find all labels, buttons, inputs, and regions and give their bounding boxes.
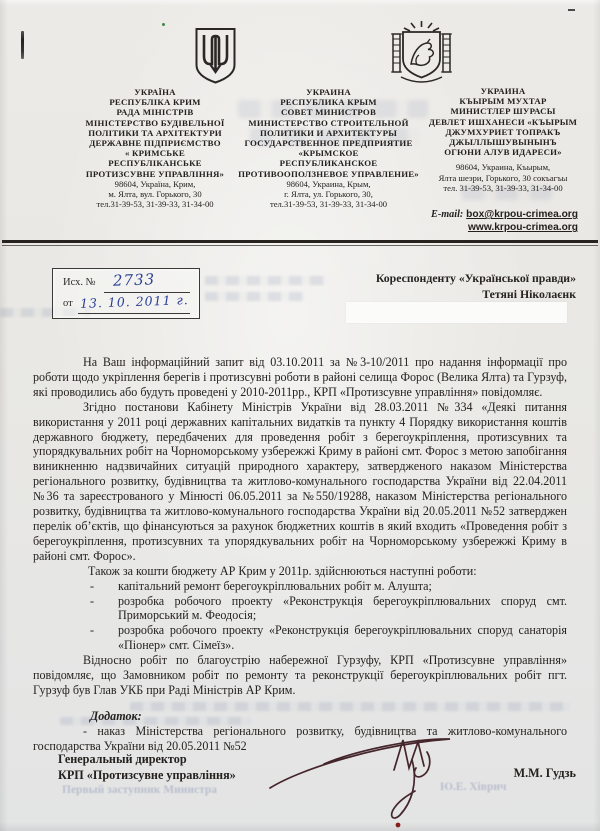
letterhead-line: РЕСПУБЛІКАНСЬКЕ	[55, 158, 255, 168]
signature-ink-dot	[396, 823, 401, 828]
ref-number-handwritten: 2733	[113, 270, 156, 289]
letterhead-line: УКРАЇНА	[55, 87, 255, 97]
letterhead-line: ПРОТИВООПОЛЗНЕВОЕ УПРАВЛЕНИЕ»	[230, 169, 427, 179]
addressee-line2: Тетяні Ніколаєнк	[300, 287, 576, 303]
bleedthrough-blob	[205, 292, 305, 301]
green-speck	[162, 23, 165, 26]
header-divider-thin	[2, 245, 598, 246]
letterhead-column-russian: УКРАИНАРЕСПУБЛИКА КРЫМСОВЕТ МИНИСТРОВМИН…	[230, 87, 427, 210]
letterhead-line: МИНИСТЕРСТВО СТРОИТЕЛЬНОЙ	[230, 118, 427, 128]
letterhead-line: «КРЫМСКОЕ	[230, 148, 427, 158]
ref-date-label: от	[63, 298, 73, 309]
attachment-label: Додаток:	[90, 709, 567, 724]
crimea-coat-of-arms-emblem	[390, 19, 453, 91]
letterhead-line: КЪЫРЫМ МУХТАР	[406, 96, 600, 106]
scan-dash-artifact	[568, 9, 575, 11]
signer-title-line2: КРП «Протизсувне управління»	[58, 767, 236, 783]
trident-icon	[193, 27, 238, 85]
org-address-crh: 98604, Украина, Къырым,Ялта шеэри, Горьк…	[406, 162, 600, 193]
paragraph-intro: На Ваш інформаційний запит від 03.10.201…	[33, 355, 567, 400]
griffin-shield-icon	[390, 19, 453, 86]
contact-email-block: E-mail: box@krpou-crimea.org www.krpou-c…	[330, 208, 578, 234]
letterhead-address-line: тел. 31-39-53, 31-39-33, 31-34-00	[406, 183, 600, 193]
list-dash: -	[90, 579, 94, 594]
org-name-crh: УКРАИНАКЪЫРЫМ МУХТАРМИНИСТЛЕР ШУРАСЫДЕВЛ…	[406, 86, 600, 157]
letterhead-column-crimean-tatar: УКРАИНАКЪЫРЫМ МУХТАРМИНИСТЛЕР ШУРАСЫДЕВЛ…	[406, 86, 600, 193]
list-item: -капітальний ремонт берегоукріплювальних…	[33, 579, 567, 594]
letterhead-line: СОВЕТ МИНИСТРОВ	[230, 107, 427, 117]
letterhead-line: РАДА МІНІСТРІВ	[55, 107, 255, 117]
email-address: box@krpou-crimea.org	[466, 209, 578, 220]
letterhead-address-line: 98604, Украина, Къырым,	[406, 162, 600, 172]
email-label: E-mail:	[431, 209, 463, 220]
scanned-letter-page: УКРАЇНАРЕСПУБЛІКА КРИМРАДА МІНІСТРІВМІНІ…	[0, 0, 600, 831]
letterhead-line: ПОЛІТИКИ ТА АРХІТЕКТУРИ	[55, 128, 255, 138]
addressee-line1: Кореспонденту «Української правди»	[300, 271, 576, 287]
letterhead-line: ГОСУДАРСТВЕННОЕ ПРЕДПРИЯТИЕ	[230, 138, 427, 148]
list-item-text: капітальний ремонт берегоукріплювальних …	[118, 579, 432, 593]
org-address-ru: 98604, Украина, Крым,г. Ялта, ул. Горько…	[230, 179, 427, 210]
letterhead-address-line: Ялта шеэри, Горького, 30 сокъагъы	[406, 173, 600, 183]
header-divider-thick	[2, 240, 598, 243]
letterhead-line: ДЕРЖАВНЕ ПІДПРИЄМСТВО	[55, 138, 255, 148]
letterhead-line: МИНИСТЛЕР ШУРАСЫ	[406, 106, 600, 116]
letterhead-line: РЕСПУБЛІКА КРИМ	[55, 97, 255, 107]
letterhead-line: УКРАИНА	[230, 87, 427, 97]
list-dash: -	[90, 623, 94, 638]
letterhead-line: « КРИМСЬКЕ	[55, 148, 255, 158]
bleedthrough-deputy-title: Первый заступник Министра	[62, 784, 217, 796]
letterhead-line: МІНІСТЕРСТВО БУДІВЕЛЬНОЇ	[55, 118, 255, 128]
letterhead-line: ДЖУМХУРИЕТ ТОПРАКЪ	[406, 127, 600, 137]
letterhead-line: РЕСПУБЛИКА КРЫМ	[230, 97, 427, 107]
list-item-text: розробка робочого проекту «Реконструкція…	[118, 623, 567, 652]
addressee-block: Кореспонденту «Української правди» Тетян…	[300, 271, 576, 302]
website-address: www.krpou-crimea.org	[468, 222, 578, 233]
letterhead-address-line: 98604, Україна, Крим,	[55, 179, 255, 189]
list-dash: -	[90, 594, 94, 609]
ref-date-underline	[78, 313, 190, 314]
list-item: -розробка робочого проекту «Реконструкці…	[33, 623, 567, 653]
org-name-uk: УКРАЇНАРЕСПУБЛІКА КРИМРАДА МІНІСТРІВМІНІ…	[55, 87, 255, 179]
paragraph-gurzuf: Відносно робіт по благоустрію набережної…	[33, 653, 567, 698]
letterhead-address-line: м. Ялта, вул. Горького, 30	[55, 189, 255, 199]
staple-mark	[21, 31, 24, 59]
letterhead-line: ДЕВЛЕТ ИШХАНЕСИ «КЪЫРЫМ	[406, 117, 600, 127]
letterhead-address-line: тел.31-39-53, 31-39-33, 31-34-00	[55, 199, 255, 209]
email-line: E-mail: box@krpou-crimea.org	[330, 208, 578, 221]
letterhead-line: ПРОТИЗСУВНЕ УПРАВЛІННЯ»	[55, 169, 255, 179]
signer-title-line1: Генеральный директор	[58, 751, 236, 767]
letterhead-column-ukrainian: УКРАЇНАРЕСПУБЛІКА КРИМРАДА МІНІСТРІВМІНІ…	[55, 87, 255, 210]
redacted-address-box	[346, 302, 567, 323]
letterhead-address-line: 98604, Украина, Крым,	[230, 179, 427, 189]
paragraph-works-intro: Також за кошти бюджету АР Крим у 2011р. …	[33, 564, 567, 579]
signature-icon	[262, 726, 462, 831]
list-item: -розробка робочого проекту «Реконструкці…	[33, 594, 567, 624]
website-line: www.krpou-crimea.org	[330, 221, 578, 234]
ref-number-label: Исх. №	[63, 277, 96, 288]
letterhead-line: ПОЛИТИКИ И АРХИТЕКТУРЫ	[230, 128, 427, 138]
paragraph-decree: Згідно постанови Кабінету Міністрів Укра…	[33, 400, 567, 564]
letter-body: На Ваш інформаційний запит від 03.10.201…	[33, 355, 567, 754]
letterhead-address-line: г. Ялта, ул. Горького, 30,	[230, 189, 427, 199]
signer-title: Генеральный директор КРП «Протизсувне уп…	[58, 751, 236, 783]
list-item-text: розробка робочого проекту «Реконструкція…	[118, 594, 567, 623]
org-address-uk: 98604, Україна, Крим,м. Ялта, вул. Горьк…	[55, 179, 255, 210]
handwritten-signature	[262, 726, 462, 831]
ukraine-trident-emblem	[193, 27, 238, 90]
org-name-ru: УКРАИНАРЕСПУБЛИКА КРЫМСОВЕТ МИНИСТРОВМИН…	[230, 87, 427, 179]
letterhead-line: РЕСПУБЛИКАНСКОЕ	[230, 158, 427, 168]
letterhead-line: УКРАИНА	[406, 86, 600, 96]
letterhead-line: ОГЮНИ АЛУВ ИДАРЕСИ»	[406, 147, 600, 157]
letterhead-line: ДЖЫЛЛЫШУВЫНЫНЪ	[406, 137, 600, 147]
